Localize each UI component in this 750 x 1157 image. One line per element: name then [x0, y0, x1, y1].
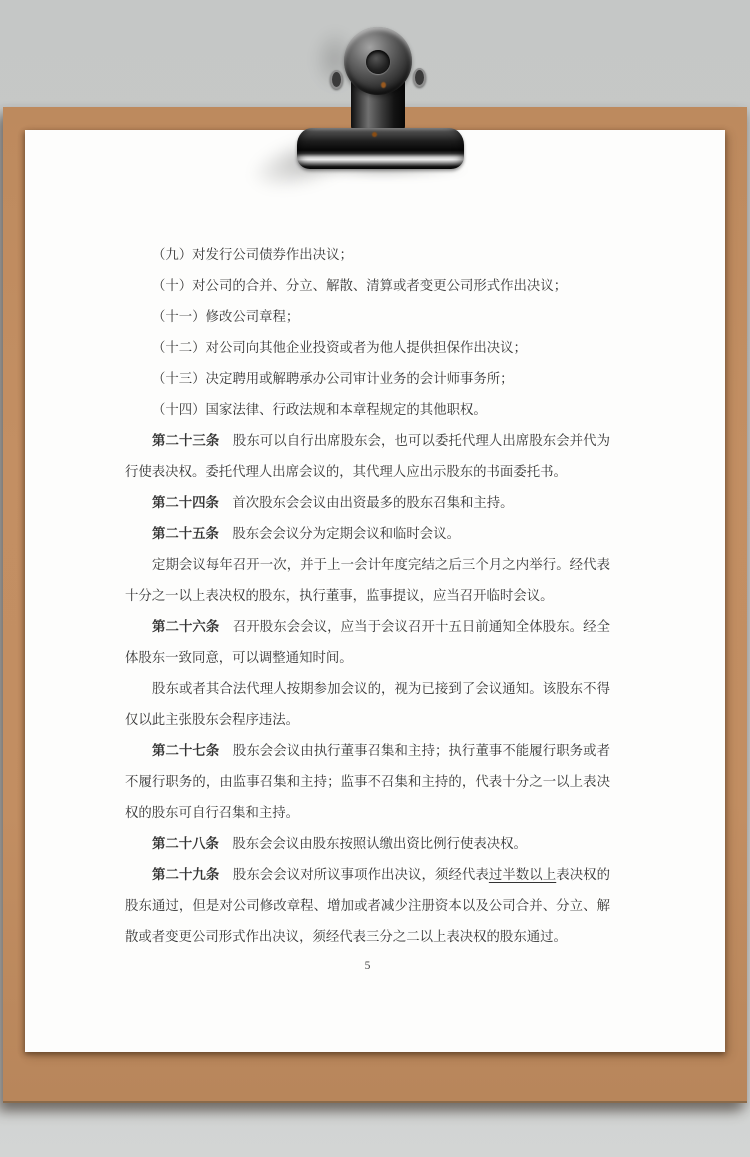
article-paragraph: 第二十五条 股东会会议分为定期会议和临时会议。	[125, 518, 610, 549]
doc-paragraph: （十）对公司的合并、分立、解散、清算或者变更公司形式作出决议；	[125, 270, 610, 301]
article-number: 第二十六条	[152, 619, 219, 634]
article-paragraph: 第二十九条 股东会会议对所议事项作出决议，须经代表过半数以上表决权的股东通过，但…	[125, 859, 610, 952]
clipboard: （九）对发行公司债券作出决议；（十）对公司的合并、分立、解散、清算或者变更公司形…	[3, 107, 747, 1103]
doc-paragraph: （十三）决定聘用或解聘承办公司审计业务的会计师事务所；	[125, 363, 610, 394]
page-number: 5	[125, 959, 610, 973]
doc-paragraph: （十二）对公司向其他企业投资或者为他人提供担保作出决议；	[125, 332, 610, 363]
paragraph-text: （十一）修改公司章程；	[152, 309, 299, 324]
paragraph-text: 股东会会议分为定期会议和临时会议。	[232, 526, 460, 541]
paragraph-text: 股东会会议对所议事项作出决议，须经代表	[233, 867, 489, 882]
article-number: 第二十七条	[152, 743, 219, 758]
clip-bar-glint	[372, 132, 377, 137]
article-number: 第二十三条	[152, 433, 219, 448]
paragraph-text: 股东或者其合法代理人按期参加会议的，视为已接到了会议通知。该股东不得仅以此主张股…	[125, 681, 610, 727]
clip-knob-glint	[381, 82, 386, 88]
document-body: （九）对发行公司债券作出决议；（十）对公司的合并、分立、解散、清算或者变更公司形…	[125, 239, 610, 952]
paragraph-text: （九）对发行公司债券作出决议；	[152, 247, 353, 262]
article-number: 第二十八条	[152, 836, 219, 851]
clip-spring-left	[330, 70, 343, 89]
doc-paragraph: （十一）修改公司章程；	[125, 301, 610, 332]
article-number: 第二十四条	[152, 495, 219, 510]
article-paragraph: 第二十四条 首次股东会会议由出资最多的股东召集和主持。	[125, 487, 610, 518]
article-paragraph: 第二十三条 股东可以自行出席股东会，也可以委托代理人出席股东会并代为行使表决权。…	[125, 425, 610, 487]
article-paragraph: 第二十六条 召开股东会会议，应当于会议召开十五日前通知全体股东。经全体股东一致同…	[125, 611, 610, 673]
clip-spring-right	[413, 68, 426, 87]
clip-bar	[297, 128, 464, 169]
article-number: 第二十五条	[152, 526, 219, 541]
doc-paragraph: 股东或者其合法代理人按期参加会议的，视为已接到了会议通知。该股东不得仅以此主张股…	[125, 673, 610, 735]
doc-paragraph: （九）对发行公司债券作出决议；	[125, 239, 610, 270]
article-number: 第二十九条	[152, 867, 219, 882]
paragraph-text: 首次股东会会议由出资最多的股东召集和主持。	[232, 495, 513, 510]
article-paragraph: 第二十八条 股东会会议由股东按照认缴出资比例行使表决权。	[125, 828, 610, 859]
doc-paragraph: 定期会议每年召开一次，并于上一会计年度完结之后三个月之内举行。经代表十分之一以上…	[125, 549, 610, 611]
paragraph-text: （十）对公司的合并、分立、解散、清算或者变更公司形式作出决议；	[152, 278, 567, 293]
paragraph-text: 股东会会议由股东按照认缴出资比例行使表决权。	[232, 836, 527, 851]
paper-page: （九）对发行公司债券作出决议；（十）对公司的合并、分立、解散、清算或者变更公司形…	[25, 130, 725, 1052]
paragraph-text: 定期会议每年召开一次，并于上一会计年度完结之后三个月之内举行。经代表十分之一以上…	[125, 557, 610, 603]
clip-knob-hole	[366, 50, 390, 74]
underlined-text: 过半数以上	[489, 867, 556, 882]
scene: （九）对发行公司债券作出决议；（十）对公司的合并、分立、解散、清算或者变更公司形…	[0, 0, 750, 1157]
paragraph-text: （十四）国家法律、行政法规和本章程规定的其他职权。	[152, 402, 487, 417]
doc-paragraph: （十四）国家法律、行政法规和本章程规定的其他职权。	[125, 394, 610, 425]
paragraph-text: （十二）对公司向其他企业投资或者为他人提供担保作出决议；	[152, 340, 527, 355]
article-paragraph: 第二十七条 股东会会议由执行董事召集和主持；执行董事不能履行职务或者不履行职务的…	[125, 735, 610, 828]
paragraph-text: （十三）决定聘用或解聘承办公司审计业务的会计师事务所；	[152, 371, 514, 386]
